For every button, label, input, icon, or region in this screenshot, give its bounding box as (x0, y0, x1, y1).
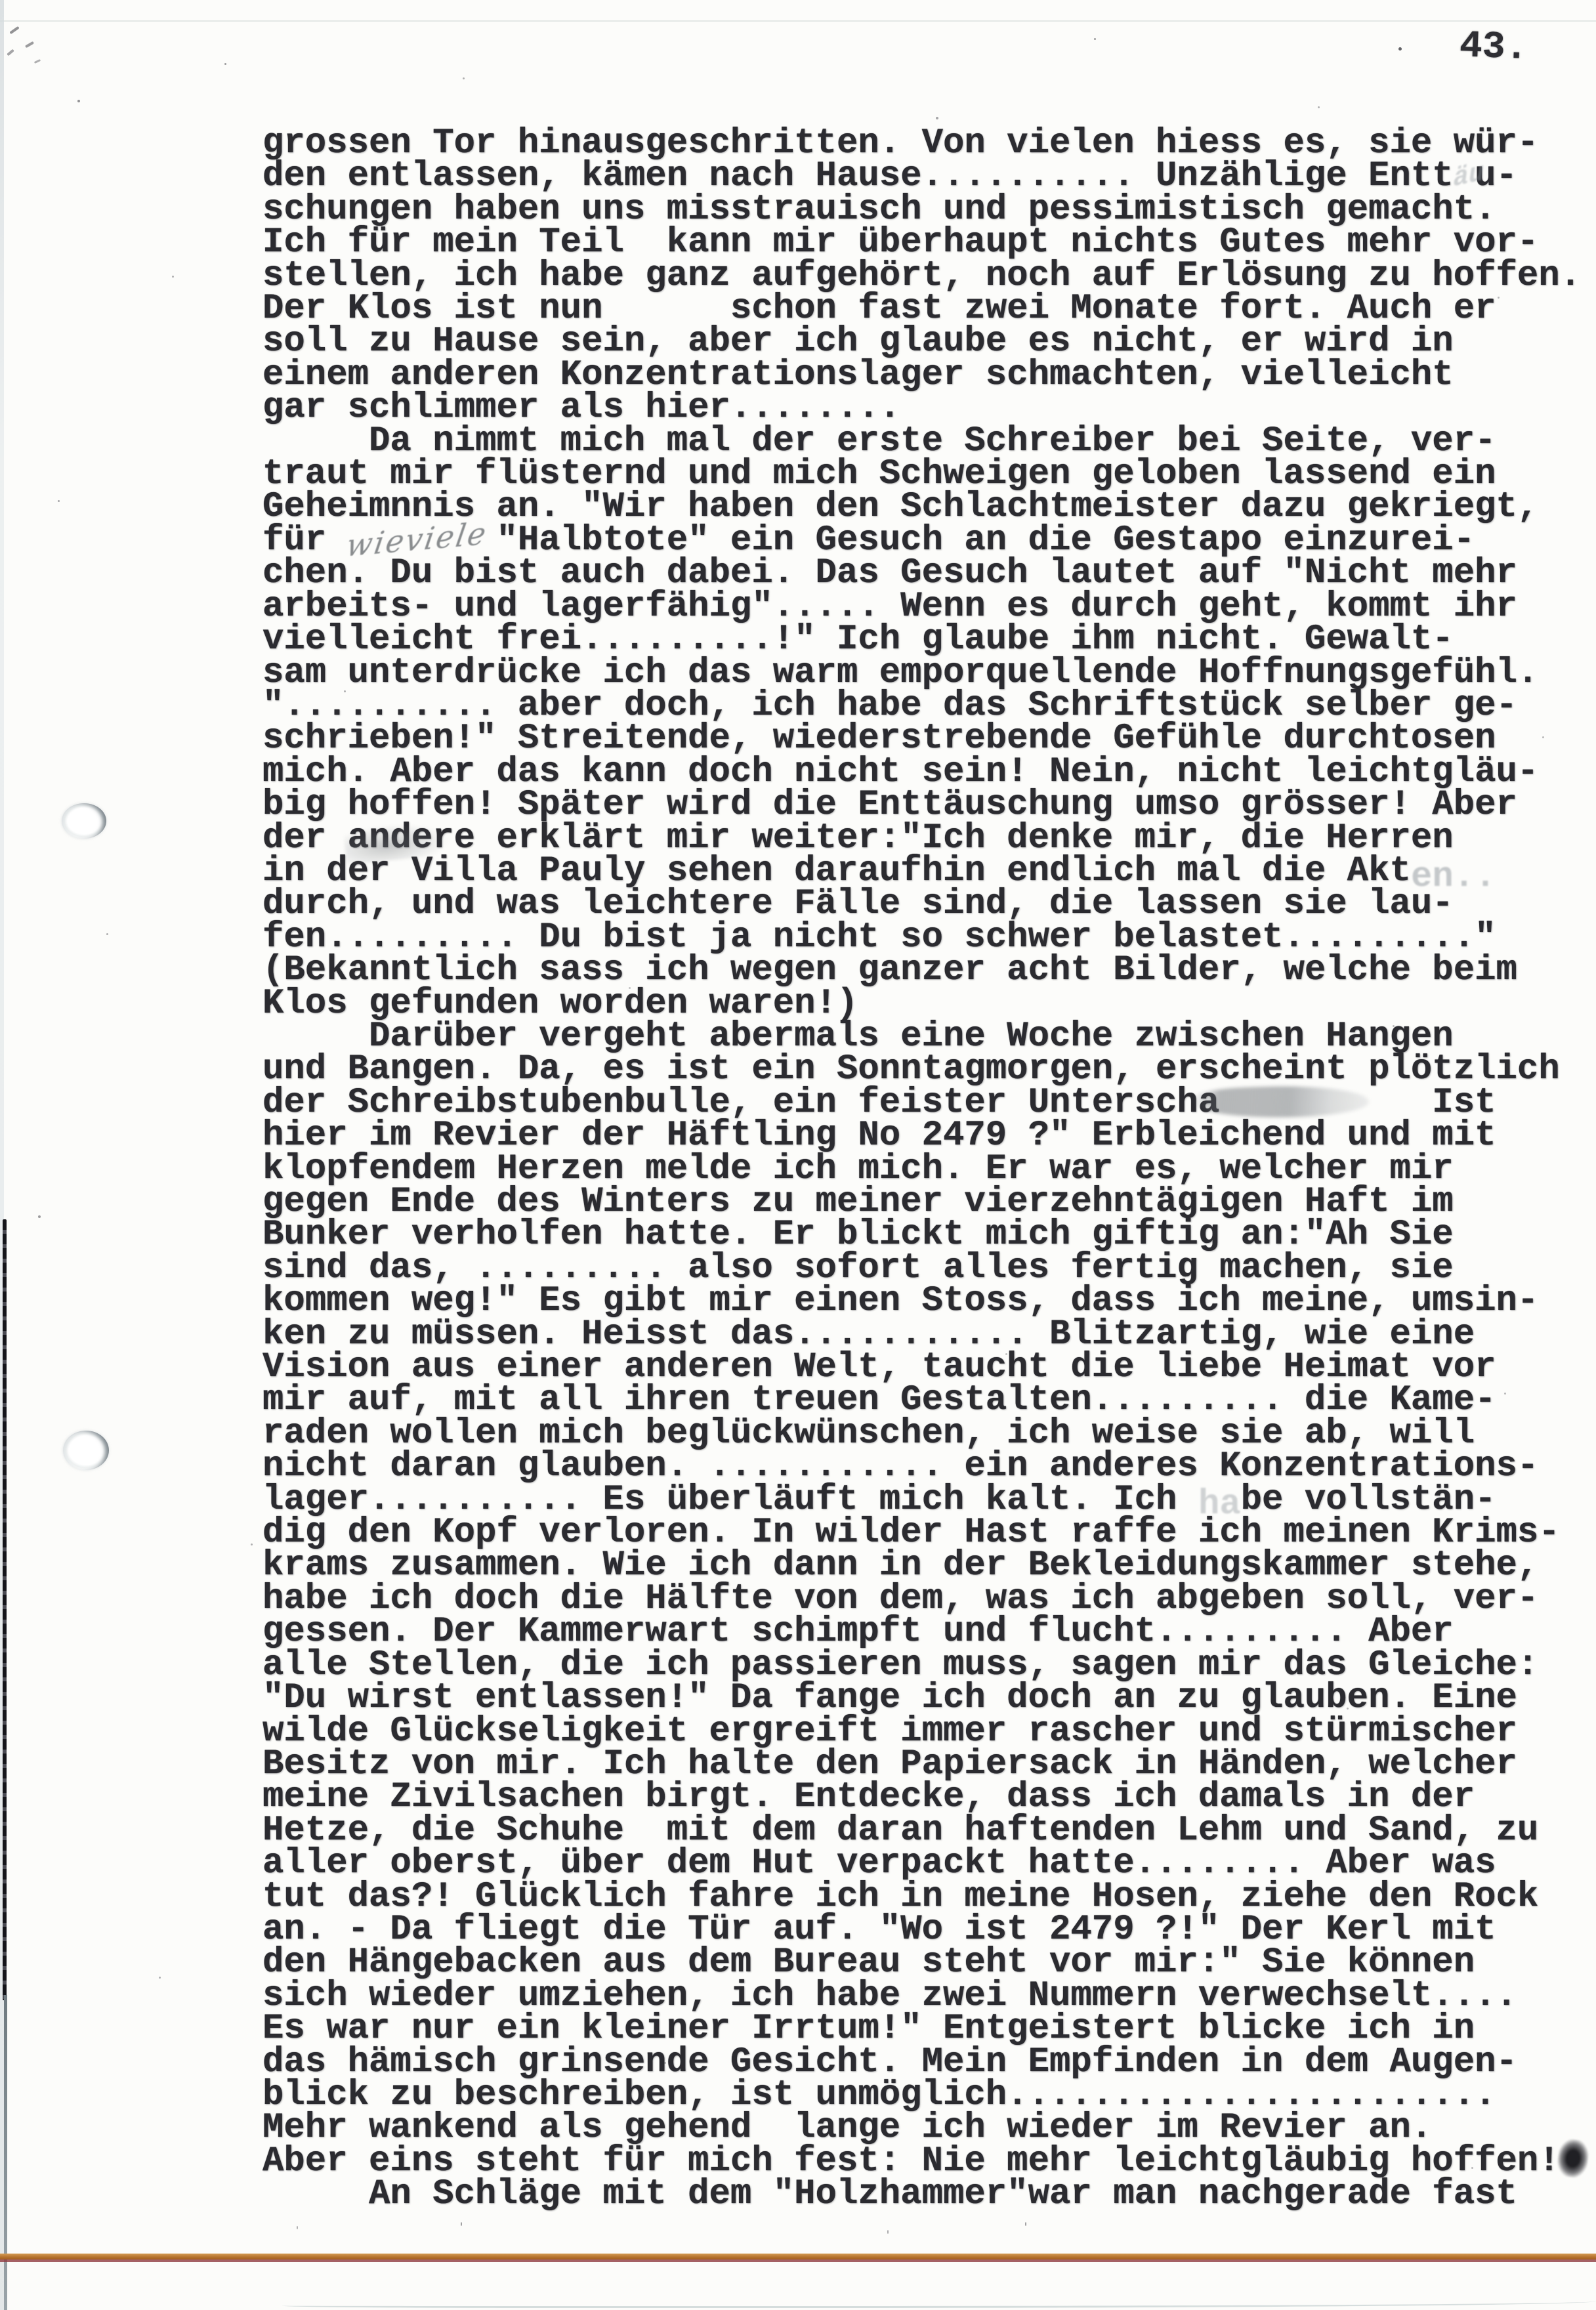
speck (1230, 642, 1232, 644)
typewritten-text: grossen Tor hinausgeschritten. Von viele… (262, 127, 1581, 2212)
scanned-document-page: 43. grossen Tor hinausgeschritten. Von v… (0, 0, 1596, 2310)
speck (297, 2226, 298, 2229)
speck (34, 59, 41, 64)
speck (38, 1215, 41, 1218)
speck (7, 49, 14, 56)
speck (738, 343, 740, 345)
left-edge-dark-line (3, 1219, 7, 2000)
scan-edge-line (0, 20, 1596, 22)
speck (664, 2062, 666, 2064)
speck (172, 276, 174, 278)
speck (461, 2222, 462, 2226)
speck (1471, 2167, 1473, 2169)
bottom-red-rule (0, 2259, 1596, 2262)
speck (629, 987, 631, 989)
speck (9, 26, 19, 34)
speck (251, 1543, 253, 1545)
speck (1398, 47, 1402, 51)
speck (421, 1301, 423, 1303)
speck (1504, 1393, 1506, 1395)
speck (1318, 106, 1320, 108)
faded-text-fragment: ha (1198, 1484, 1241, 1524)
speck (539, 1813, 541, 1815)
speck (1393, 1025, 1395, 1027)
speck (159, 1977, 161, 1979)
bottom-orange-rule (0, 2254, 1596, 2259)
faded-text-fragment: en.. (1411, 857, 1496, 897)
speck (463, 77, 465, 79)
speck (344, 690, 346, 692)
speck (1005, 1353, 1007, 1355)
speck (106, 933, 108, 935)
speck (887, 2230, 889, 2234)
speck (1064, 1891, 1066, 1893)
speck (1498, 297, 1500, 299)
punch-hole-top (62, 803, 106, 839)
speck (224, 63, 226, 65)
speck (1347, 1708, 1349, 1710)
page-number: 43. (1459, 25, 1529, 70)
left-edge-gray-line (4, 1995, 7, 2310)
speck (1094, 38, 1096, 40)
speck (25, 41, 34, 48)
speck (1248, 2128, 1250, 2130)
speck (1025, 2222, 1026, 2226)
ink-blot (1555, 2137, 1591, 2179)
speck (936, 117, 938, 119)
punch-hole-bottom (63, 1431, 109, 1470)
bottom-scan-curve (282, 2297, 1596, 2308)
speck (1542, 736, 1544, 738)
speck (77, 100, 80, 102)
speck (58, 500, 60, 502)
speck (776, 1629, 778, 1631)
speck (690, 138, 692, 140)
